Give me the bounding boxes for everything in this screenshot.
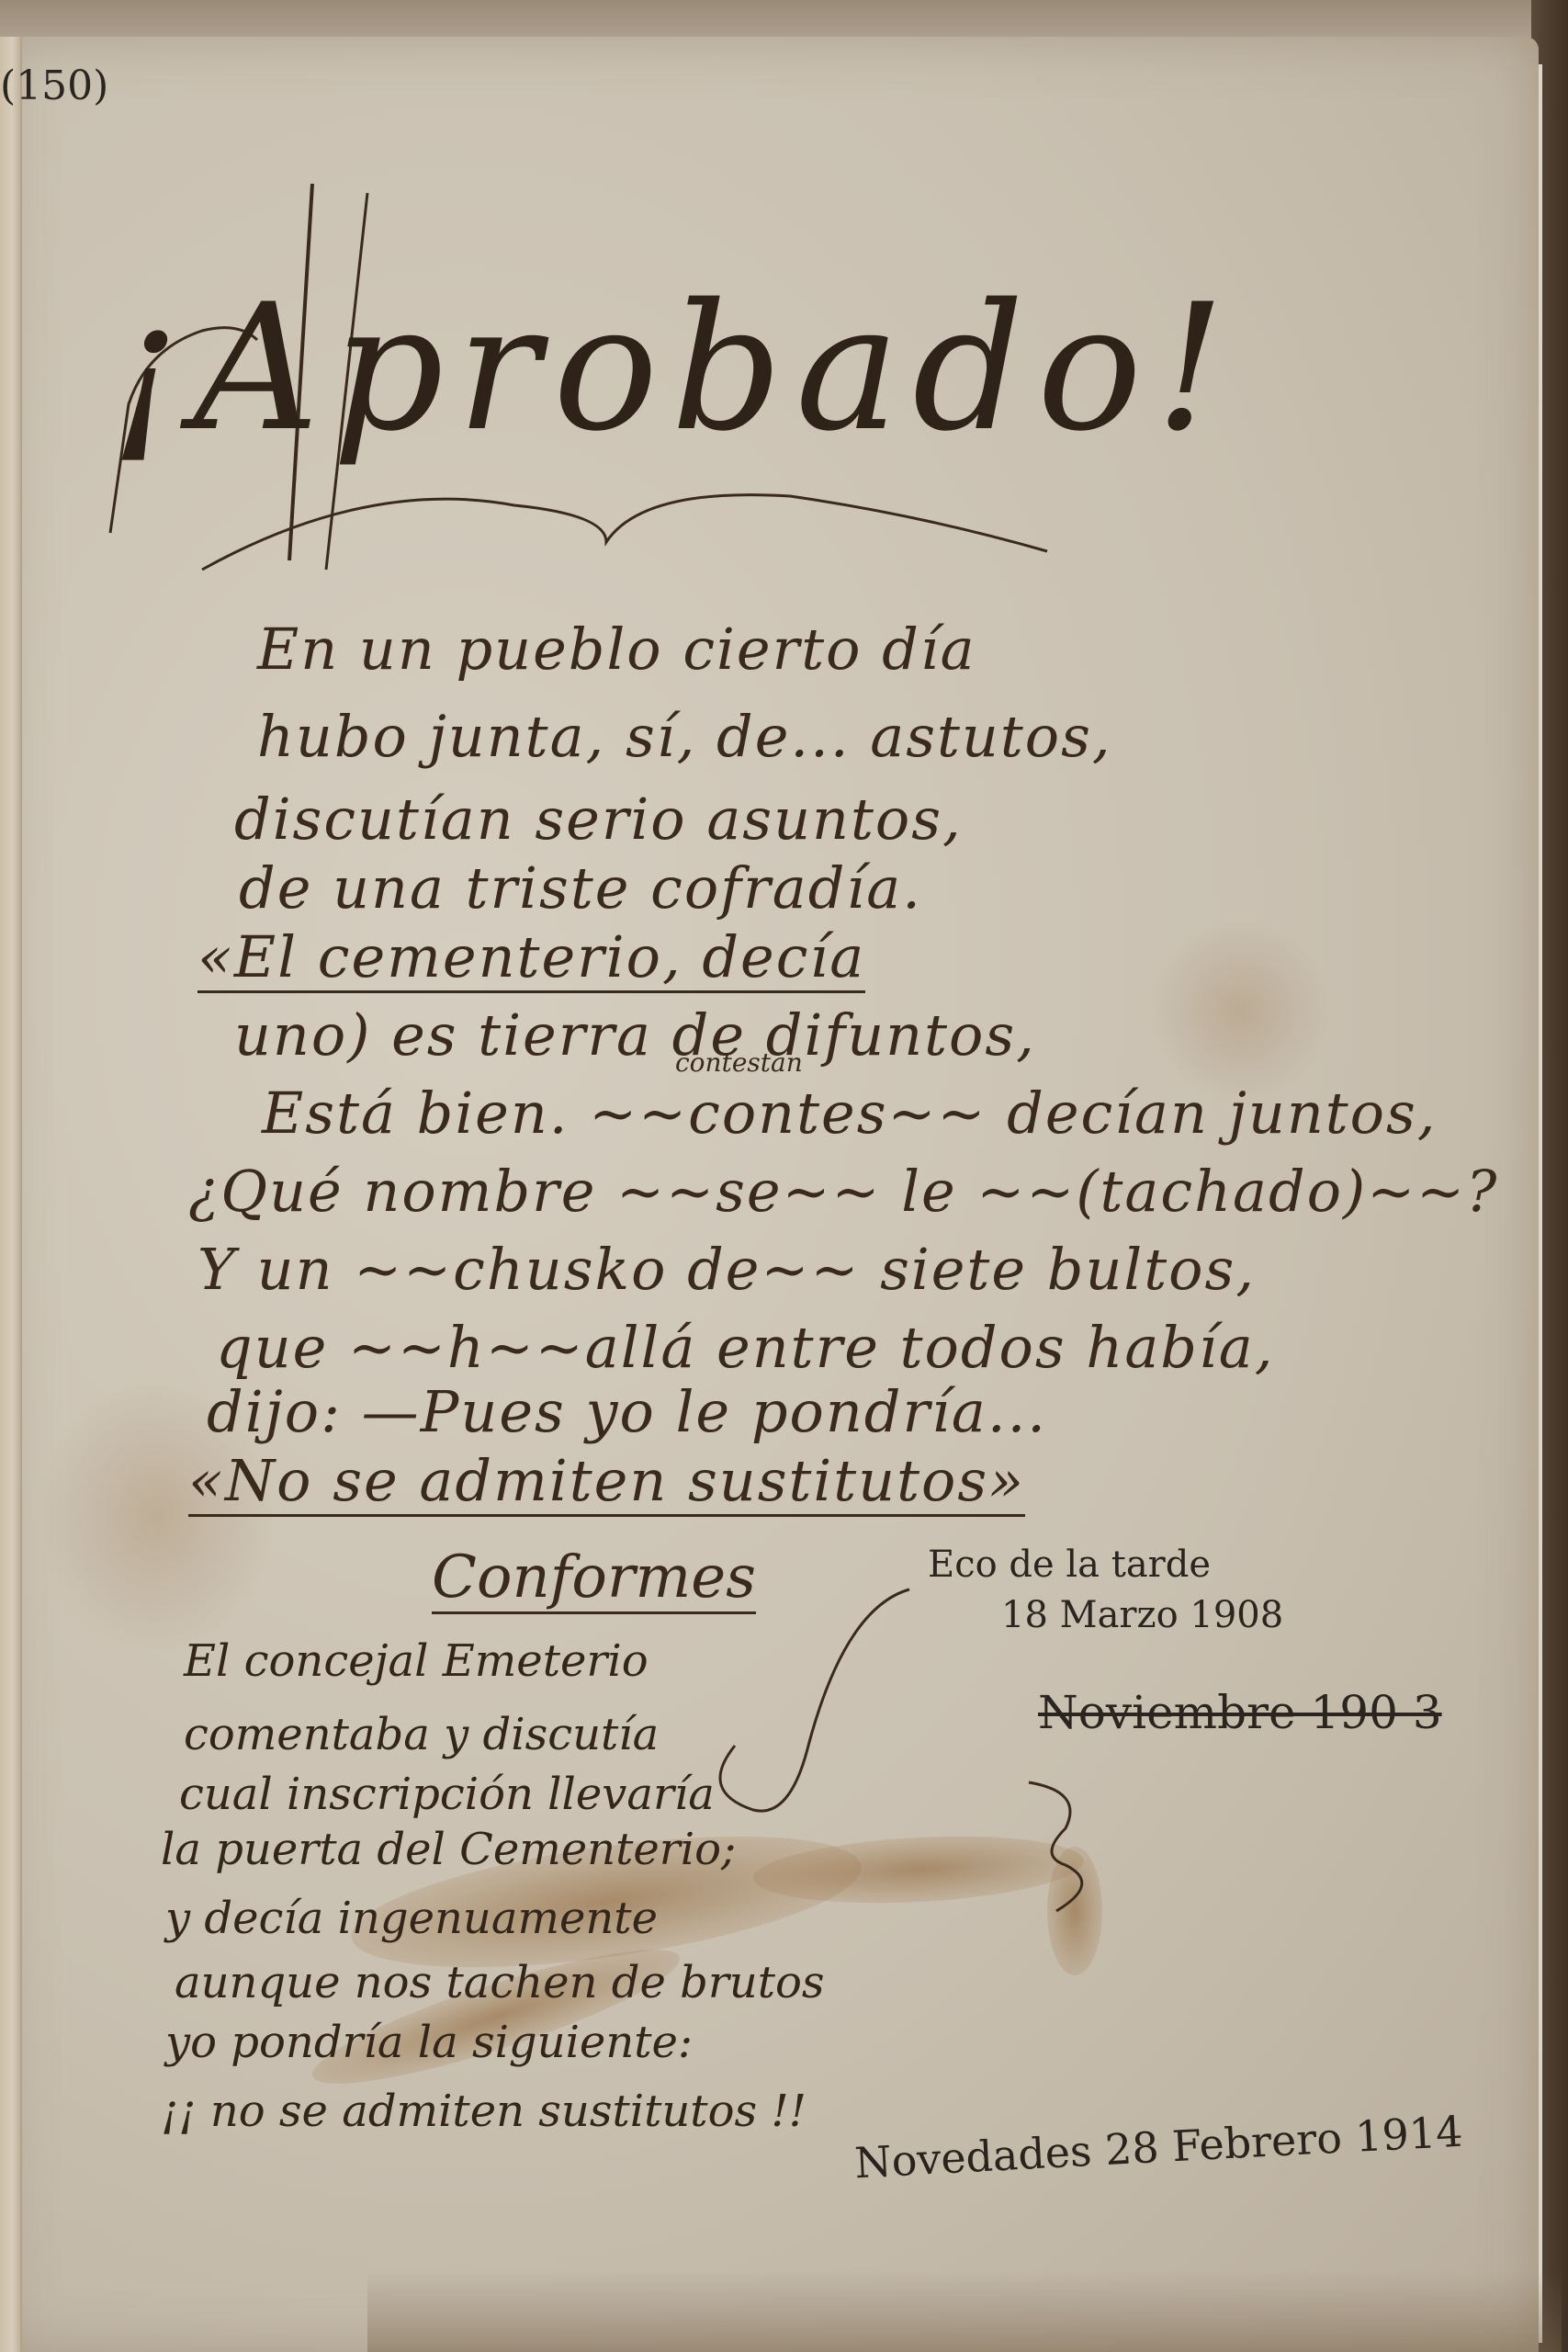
poem-line: Y un ~~chusko de~~ siete bultos, bbox=[197, 1236, 1256, 1303]
verse-line: comentaba y discutía bbox=[184, 1709, 659, 1760]
page-fold-shadow bbox=[367, 2269, 1562, 2352]
poem-line: «El cementerio, decía bbox=[197, 923, 865, 993]
page-binding-edge bbox=[0, 37, 22, 2352]
page-title: ¡Aprobado! bbox=[110, 266, 1238, 469]
verse-line: la puerta del Cementerio; bbox=[161, 1824, 736, 1875]
poem-line-punchline: «No se admiten sustitutos» bbox=[188, 1447, 1025, 1517]
poem-line: uno) es tierra de difuntos, bbox=[234, 1001, 1036, 1069]
page-number: (150) bbox=[0, 62, 108, 109]
verse-line: cual inscripción llevaría bbox=[179, 1769, 715, 1820]
poem-line: que ~~h~~allá entre todos había, bbox=[216, 1314, 1274, 1381]
poem-line: discutían serio asuntos, bbox=[234, 786, 963, 853]
verse-line: El concejal Emeterio bbox=[184, 1635, 649, 1687]
poem-line: ¿Qué nombre ~~se~~ le ~~(tachado)~~? bbox=[188, 1158, 1498, 1225]
poem-line: Está bien. ~~contes~~ decían juntos, bbox=[262, 1080, 1438, 1147]
interlinear-insertion: contestan bbox=[675, 1047, 803, 1078]
foxing-stain bbox=[1148, 919, 1332, 1102]
verse-line: ¡¡ no se admiten sustitutos !! bbox=[161, 2086, 807, 2137]
poem-line: de una triste cofradía. bbox=[239, 854, 922, 922]
poem-line: hubo junta, sí, de... astutos, bbox=[257, 703, 1112, 770]
poem-line: dijo: —Pues yo le pondría... bbox=[207, 1378, 1047, 1445]
verse-line: yo pondría la siguiente: bbox=[165, 2017, 693, 2068]
poem-line: En un pueblo cierto día bbox=[257, 616, 976, 683]
verse-line: y decía ingenuamente bbox=[165, 1893, 658, 1944]
verse-line: aunque nos tachen de brutos bbox=[175, 1957, 825, 2008]
